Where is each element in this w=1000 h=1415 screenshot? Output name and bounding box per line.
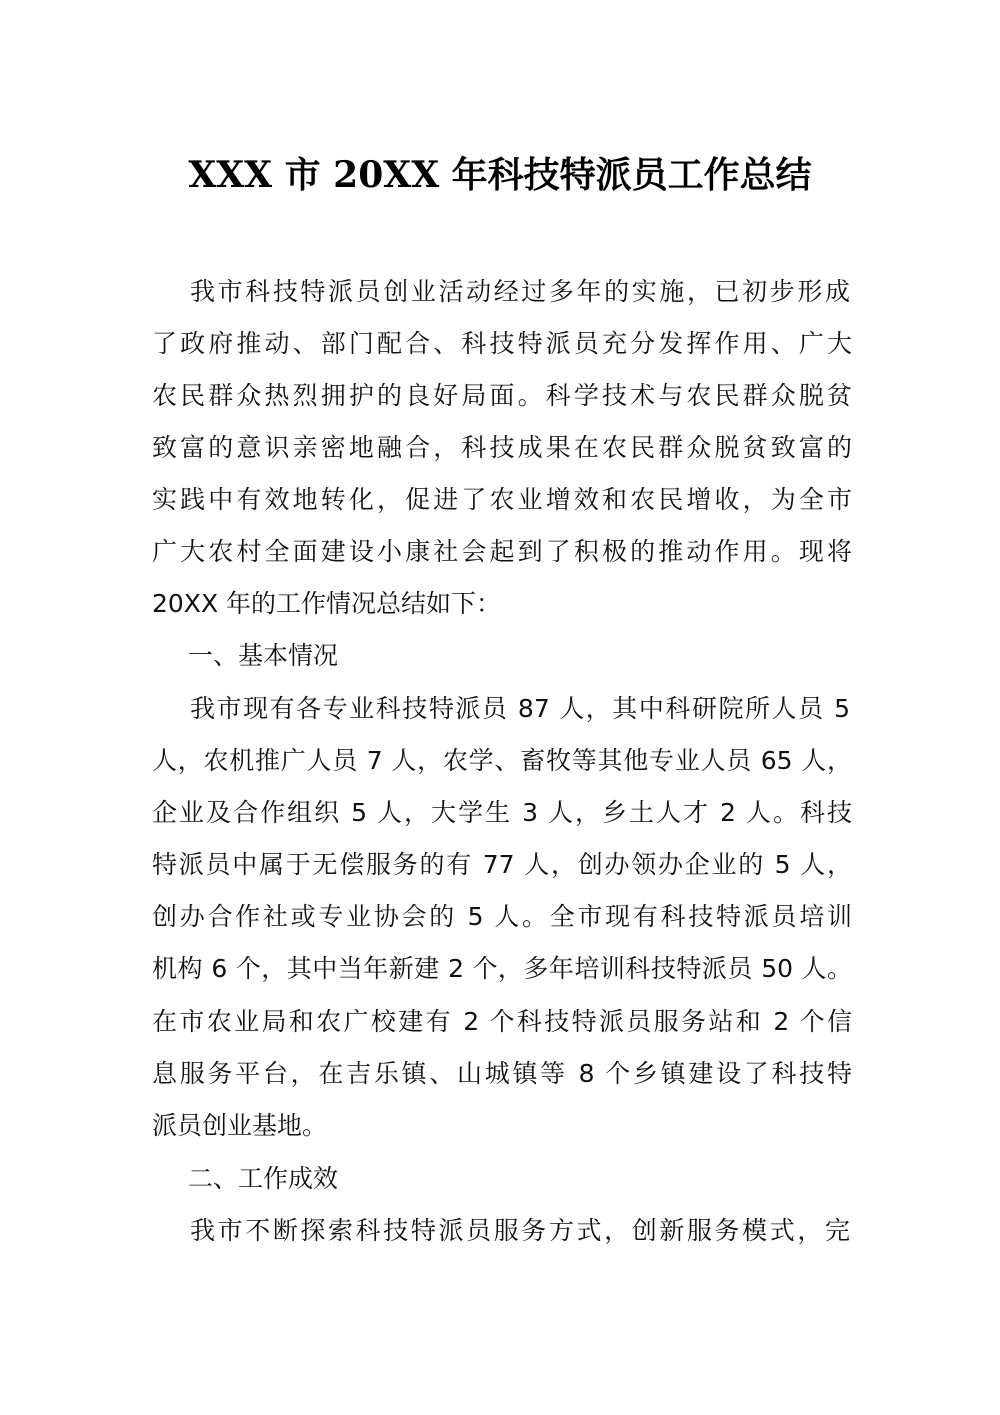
paragraph-basic-line: 特派员中属于无偿服务的有 77 人，创办领办企业的 5 人， <box>152 839 852 891</box>
paragraph-basic-line: 企业及合作组织 5 人，大学生 3 人，乡土人才 2 人。科技 <box>152 787 852 839</box>
paragraph-results-line: 我市不断探索科技特派员服务方式，创新服务模式，完 <box>190 1205 850 1257</box>
paragraph-basic-line: 创办合作社或专业协会的 5 人。全市现有科技特派员培训 <box>152 891 852 943</box>
paragraph-intro-line: 广大农村全面建设小康社会起到了积极的推动作用。现将 <box>152 526 852 578</box>
paragraph-intro-line: 农民群众热烈拥护的良好局面。科学技术与农民群众脱贫 <box>152 370 852 422</box>
document-page: XXX 市 20XX 年科技特派员工作总结 我市科技特派员创业活动经过多年的实施… <box>0 0 1000 1415</box>
paragraph-intro-line: 实践中有效地转化，促进了农业增效和农民增收，为全市 <box>152 474 852 526</box>
paragraph-basic-line: 息服务平台，在吉乐镇、山城镇等 8 个乡镇建设了科技特 <box>152 1048 852 1100</box>
paragraph-intro-line: 了政府推动、部门配合、科技特派员充分发挥作用、广大 <box>152 318 852 370</box>
paragraph-intro-line: 我市科技特派员创业活动经过多年的实施，已初步形成 <box>190 266 850 318</box>
paragraph-intro-line: 致富的意识亲密地融合，科技成果在农民群众脱贫致富的 <box>152 422 852 474</box>
paragraph-basic-line: 在市农业局和农广校建有 2 个科技特派员服务站和 2 个信 <box>152 996 852 1048</box>
section-heading-work-results: 二、工作成效 <box>188 1153 588 1205</box>
paragraph-intro-line: 20XX 年的工作情况总结如下： <box>152 578 852 630</box>
paragraph-basic-line: 派员创业基地。 <box>152 1100 852 1152</box>
paragraph-basic-line: 我市现有各专业科技特派员 87 人，其中科研院所人员 5 <box>190 683 850 735</box>
document-title: XXX 市 20XX 年科技特派员工作总结 <box>0 150 1000 200</box>
paragraph-basic-line: 机构 6 个，其中当年新建 2 个，多年培训科技特派员 50 人。 <box>152 943 852 995</box>
paragraph-basic-line: 人，农机推广人员 7 人，农学、畜牧等其他专业人员 65 人， <box>152 735 852 787</box>
section-heading-basic-situation: 一、基本情况 <box>188 630 588 682</box>
